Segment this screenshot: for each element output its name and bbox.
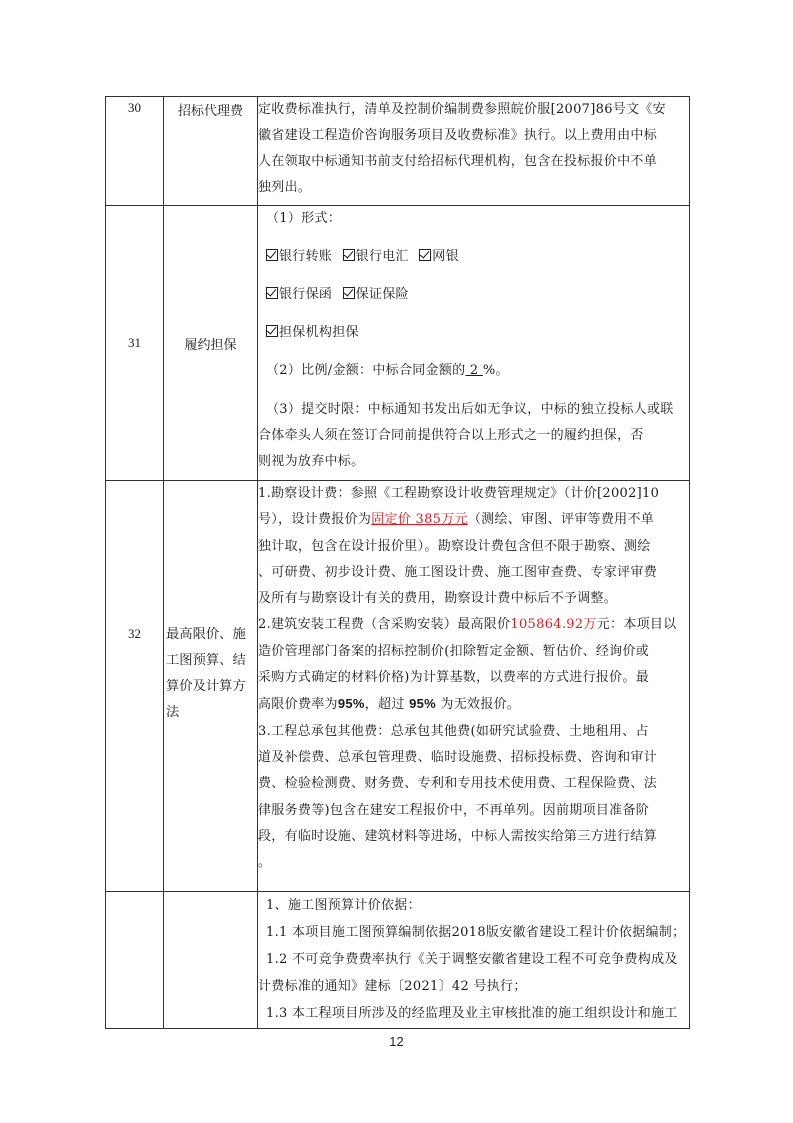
text-line: 道及补偿费、总承包管理费、临时设施费、招标投标费、咨询和审计	[258, 745, 689, 771]
text-line: 1.1 本项目施工图预算编制依据2018版安徽省建设工程计价依据编制；	[266, 919, 689, 946]
text-line: 及所有与勘察设计有关的费用，勘察设计费中标后不予调整。	[258, 586, 689, 612]
row-number	[106, 892, 164, 1029]
table-row-continued: 1、施工图预算计价依据： 1.1 本项目施工图预算编制依据2018版安徽省建设工…	[106, 892, 690, 1029]
text-line: 独计取，包含在设计报价里）。勘察设计费包含但不限于勘察、测绘	[258, 534, 689, 560]
text-line: 1、施工图预算计价依据：	[266, 892, 689, 919]
text-line: 2.建筑安装工程费（含采购安装）最高限价105864.92万元：本项目以	[258, 612, 689, 638]
text-line: 徽省建设工程造价咨询服务项目及收费标准》执行。以上费用由中标	[258, 123, 689, 149]
row-label: 履约担保	[164, 206, 258, 481]
option-bank-wire[interactable]: 银行电汇	[343, 249, 409, 264]
form-title: （1）形式：	[266, 209, 689, 247]
checkbox-checked-icon[interactable]	[266, 287, 278, 299]
row-content: 1.勘察设计费：参照《工程勘察设计收费管理规定》（计价[2002]10 号），设…	[258, 481, 690, 892]
text-line: 段，有临时设施、建筑材料等进场，中标人需按实给第三方进行结算	[258, 824, 689, 850]
page-number: 12	[0, 1034, 793, 1049]
options-row: 银行转账 银行电汇 网银	[266, 247, 689, 285]
text-line: 合体牵头人须在签订合同前提供符合以上形式之一的履约担保，否	[258, 423, 689, 449]
table-row-32: 32 最高限价、施 工图预算、结 算价及计算方 法 1.勘察设计费：参照《工程勘…	[106, 481, 690, 892]
text-line: 独列出。	[258, 175, 689, 201]
text-line: 定收费标准执行，清单及控制价编制费参照皖价服[2007]86号文《安	[258, 97, 689, 123]
tender-terms-table: 30 招标代理费 定收费标准执行，清单及控制价编制费参照皖价服[2007]86号…	[105, 96, 690, 1029]
checkbox-checked-icon[interactable]	[419, 249, 431, 261]
row-content: （1）形式： 银行转账 银行电汇 网银 银行保函 保证保险 担保机构担保 （2	[258, 206, 690, 481]
text-line: 。	[258, 850, 689, 876]
text-line: 1.3 本工程项目所涉及的经监理及业主审核批准的施工组织设计和施工	[266, 1000, 689, 1027]
checkbox-checked-icon[interactable]	[266, 325, 278, 337]
option-bank-guarantee[interactable]: 银行保函	[266, 287, 332, 302]
text-line: 3.工程总承包其他费：总承包其他费(如研究试验费、土地租用、占	[258, 719, 689, 745]
text-line: 费、检验检测费、财务费、专利和专用技术使用费、工程保险费、法	[258, 771, 689, 797]
text-line: 造价管理部门备案的招标控制价(扣除暂定金额、暂估价、经询价或	[258, 639, 689, 665]
row-label: 招标代理费	[164, 97, 258, 206]
table-row-31: 31 履约担保 （1）形式： 银行转账 银行电汇 网银 银行保函 保证保险	[106, 206, 690, 481]
checkbox-checked-icon[interactable]	[266, 249, 278, 261]
row-content: 1、施工图预算计价依据： 1.1 本项目施工图预算编制依据2018版安徽省建设工…	[258, 892, 690, 1029]
option-guarantee-insurance[interactable]: 保证保险	[343, 287, 409, 302]
option-online-banking[interactable]: 网银	[419, 249, 459, 264]
row-number: 32	[106, 481, 164, 892]
text-line: 计费标准的通知》建标〔2021〕42 号执行；	[258, 973, 689, 1000]
fixed-price-highlight: 固定价 385万元	[371, 512, 468, 527]
row-content: 定收费标准执行，清单及控制价编制费参照皖价服[2007]86号文《安 徽省建设工…	[258, 97, 690, 206]
options-row: 银行保函 保证保险	[266, 285, 689, 323]
document-page: 30 招标代理费 定收费标准执行，清单及控制价编制费参照皖价服[2007]86号…	[0, 0, 793, 1123]
text-line: 采购方式确定的材料价格)为计算基数，以费率的方式进行报价。最	[258, 665, 689, 691]
text-line: 、可研费、初步设计费、施工图设计费、施工图审查费、专家评审费	[258, 560, 689, 586]
ratio-line: （2）比例/金额：中标合同金额的 2 %。	[266, 361, 689, 397]
text-line: 人在领取中标通知书前支付给招标代理机构，包含在投标报价中不单	[258, 149, 689, 175]
text-line: 1.2 不可竞争费费率执行《关于调整安徽省建设工程不可竞争费构成及	[266, 946, 689, 973]
checkbox-checked-icon[interactable]	[343, 249, 355, 261]
table-row-30: 30 招标代理费 定收费标准执行，清单及控制价编制费参照皖价服[2007]86号…	[106, 97, 690, 206]
text-line: 号），设计费报价为固定价 385万元（测绘、审图、评审等费用不单	[258, 507, 689, 533]
text-line: 律服务费等)包含在建安工程报价中，不再单列。因前期项目准备阶	[258, 798, 689, 824]
text-line: 高限价费率为95%，超过 95% 为无效报价。	[258, 691, 689, 718]
row-number: 30	[106, 97, 164, 206]
row-label: 最高限价、施 工图预算、结 算价及计算方 法	[164, 481, 258, 892]
row-label	[164, 892, 258, 1029]
row-number: 31	[106, 206, 164, 481]
text-line: 1.勘察设计费：参照《工程勘察设计收费管理规定》（计价[2002]10	[258, 481, 689, 507]
checkbox-checked-icon[interactable]	[343, 287, 355, 299]
text-line: 则视为放弃中标。	[258, 449, 689, 475]
text-line: （3）提交时限：中标通知书发出后如无争议，中标的独立投标人或联	[266, 397, 689, 423]
ratio-value: 2	[465, 363, 482, 378]
options-row: 担保机构担保	[266, 323, 689, 361]
option-guarantee-agency[interactable]: 担保机构担保	[266, 325, 359, 340]
max-price-highlight: 105864.92万	[510, 617, 596, 632]
option-bank-transfer[interactable]: 银行转账	[266, 249, 332, 264]
